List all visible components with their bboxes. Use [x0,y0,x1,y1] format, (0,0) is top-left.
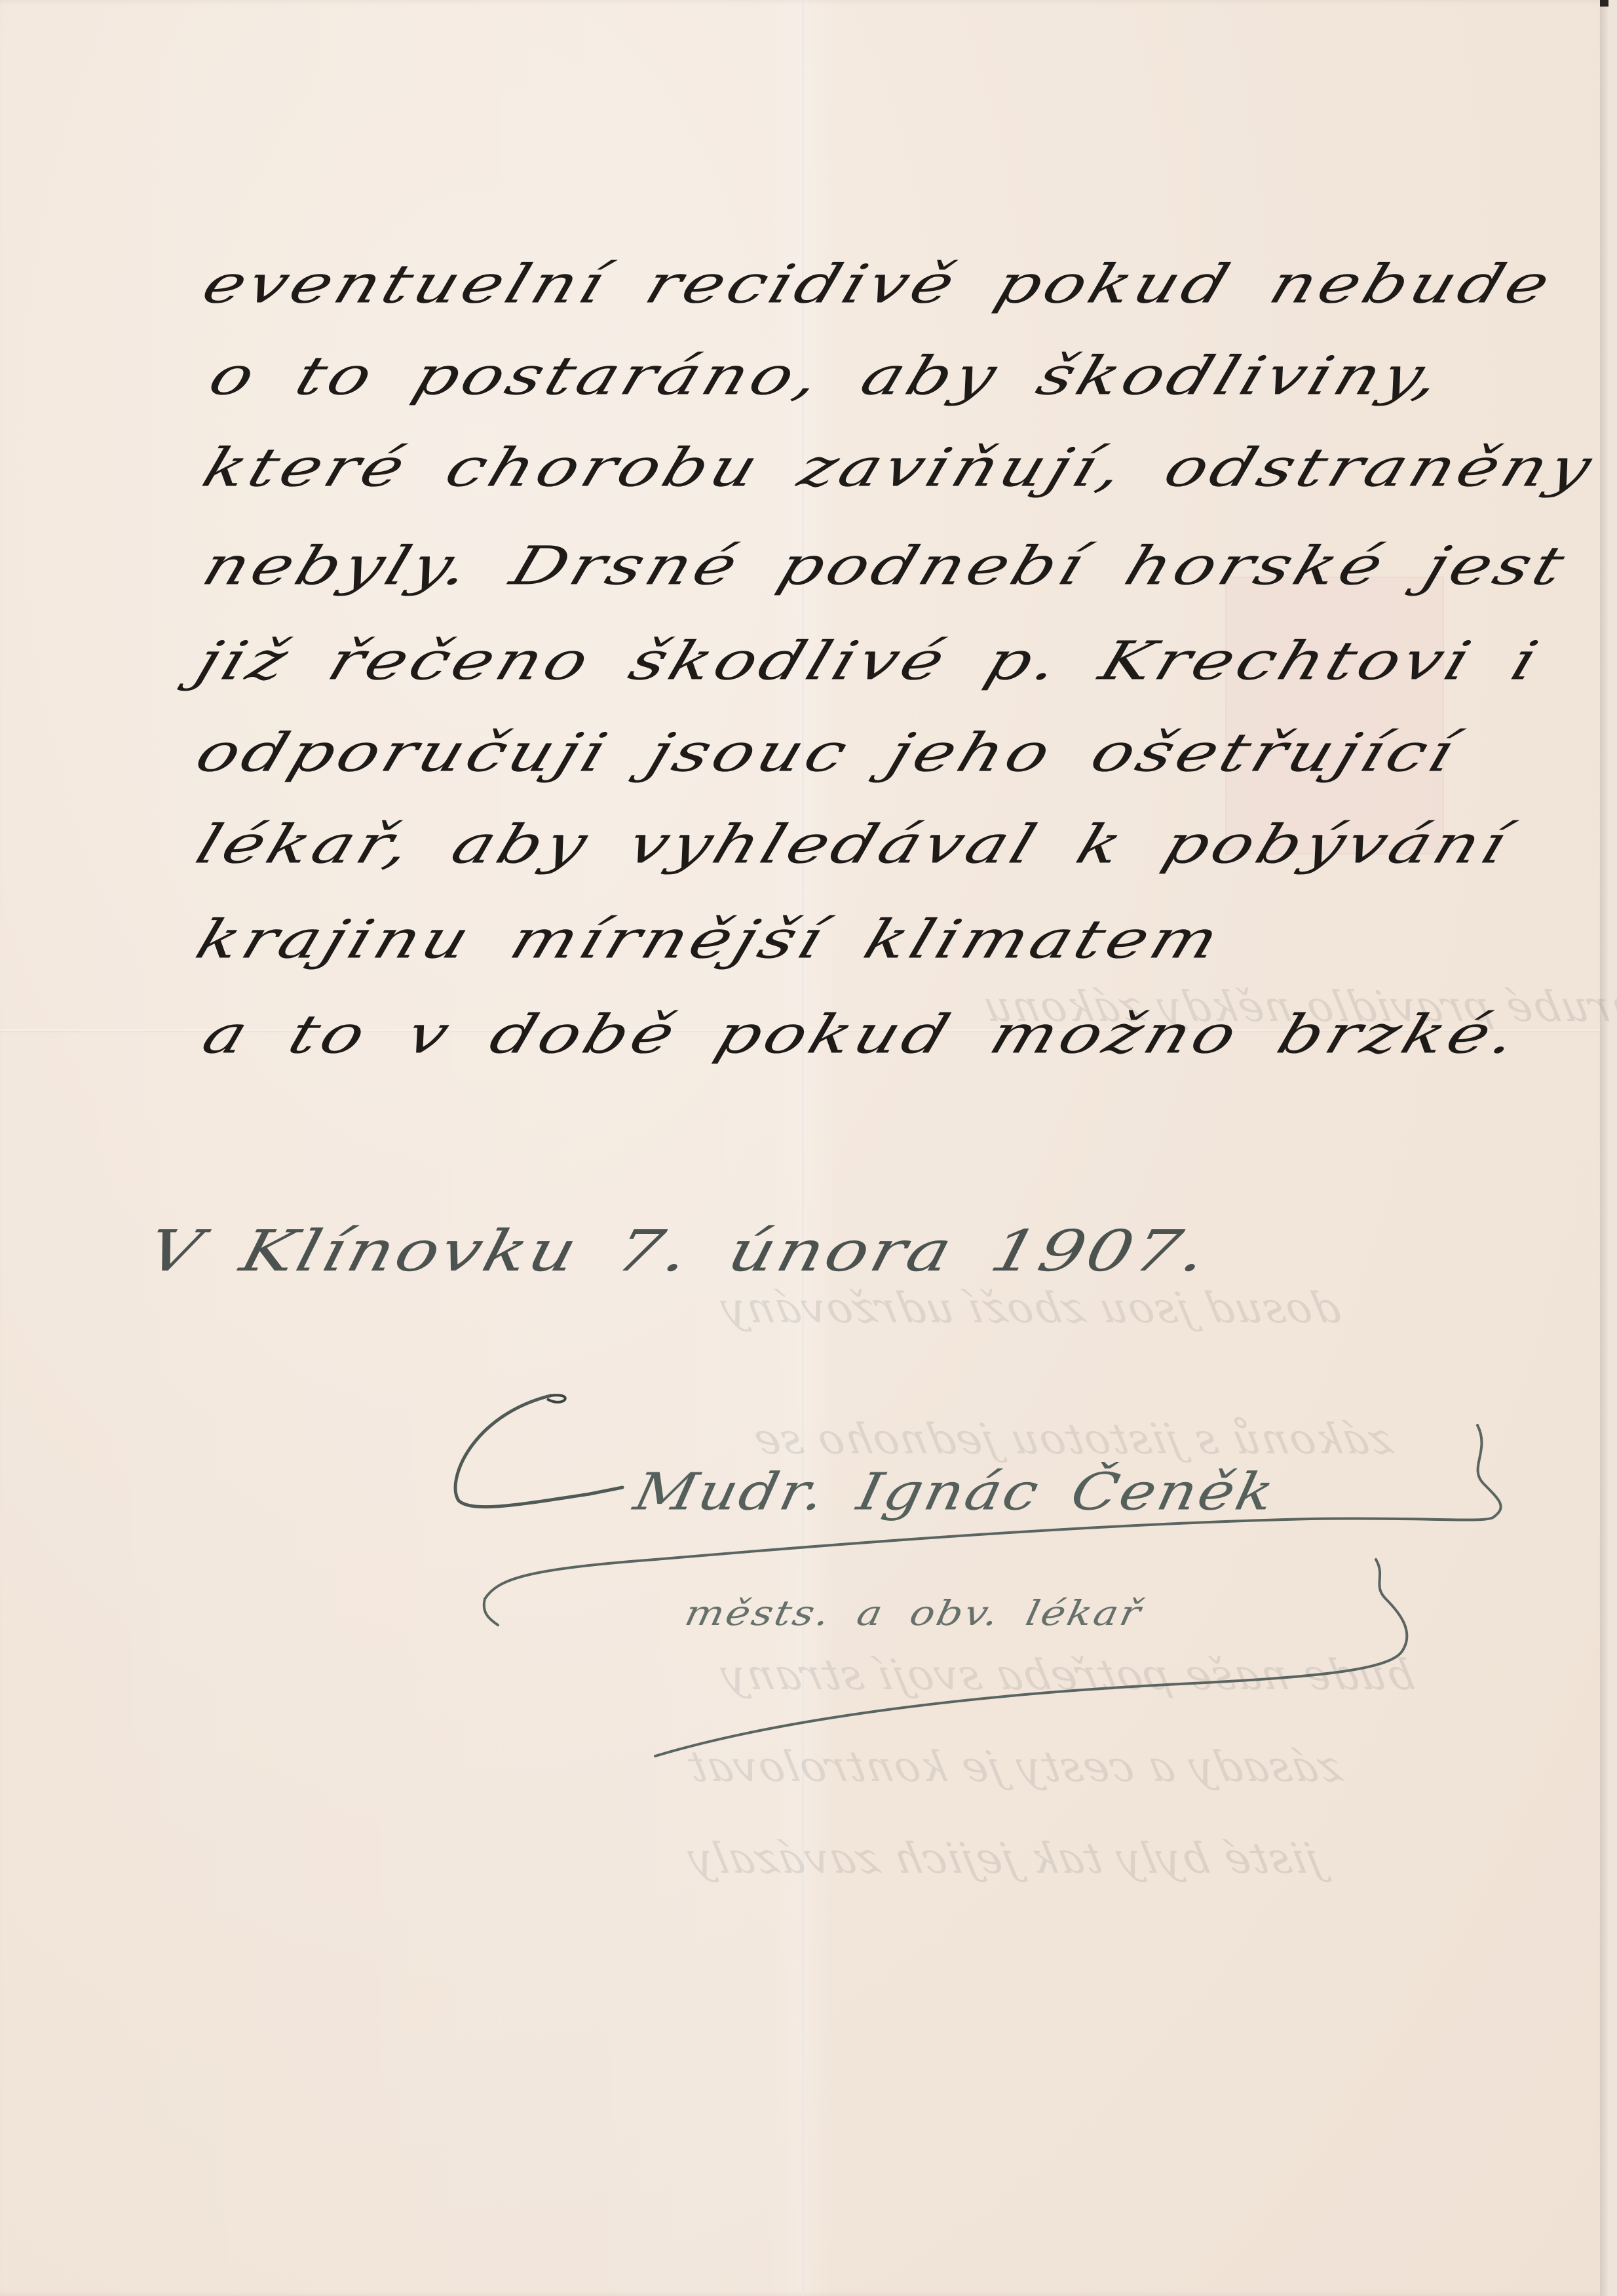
body-line: krajinu mírnější klimatem [190,913,1229,966]
body-line: a to v době pokud možno brzké. [197,1008,1527,1061]
body-line: o to postaráno, aby škodliviny, [203,349,1451,402]
body-line: které chorobu zaviňují, odstraněny [197,441,1602,494]
scan-corner-shadow [1600,0,1608,7]
date-line: V Klínovku 7. února 1907. [141,1219,1216,1284]
letter-page: hrubé pravidlo někdy zákonu dosud jsou z… [0,0,1608,2296]
signature-name: Mudr. Ignác Čeněk [629,1462,1281,1521]
body-line: lékař, aby vyhledával k pobývání [190,818,1517,871]
body-line: nebyly. Drsné podnebí horské jest [197,539,1574,592]
show-through-line: jisté byly tak jejich zavázaly [683,1835,1325,1883]
body-line: odporučuji jsouc jeho ošetřující [190,726,1464,779]
body-line: eventuelní recidivě pokud nebude [197,258,1560,311]
body-line: již řečeno škodlivé p. Krechtovi i [190,634,1548,687]
show-through-line: bude naše potřeba svojí strany [715,1651,1419,1700]
signature-title: městs. a obv. lékař [681,1593,1146,1634]
paper-right-edge [1600,0,1608,2296]
show-through-line: zásady a cesty je kontrolovat [683,1743,1346,1791]
show-through-line: zákonů s jistotou jednoho se [748,1415,1396,1464]
show-through-line: dosud jsou zboží udržovány [715,1284,1344,1333]
